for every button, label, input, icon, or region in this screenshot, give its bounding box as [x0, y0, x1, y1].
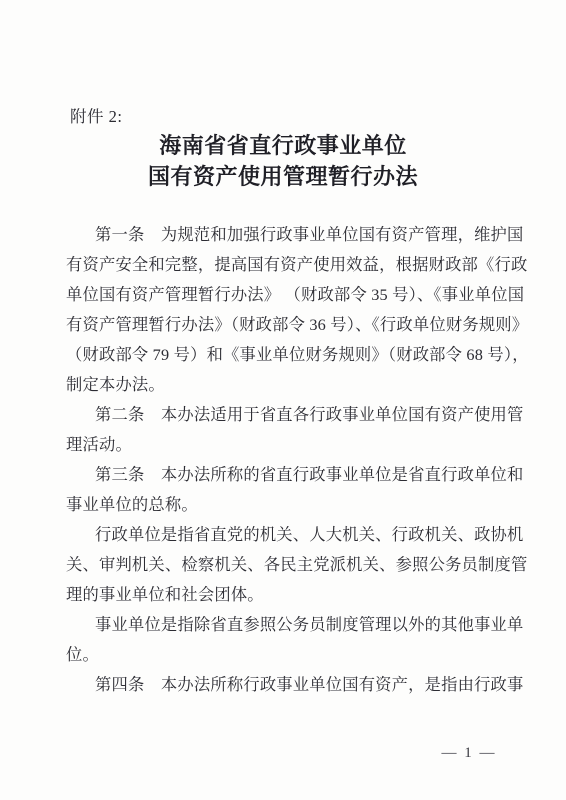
- document-line: 事业单位是指除省直参照公务员制度管理以外的其他事业单: [66, 610, 538, 640]
- document-line: 理活动。: [66, 430, 538, 460]
- document-body: 第一条 为规范和加强行政事业单位国有资产管理，维护国有资产安全和完整，提高国有资…: [66, 220, 538, 700]
- document-line: 行政单位是指省直党的机关、人大机关、行政机关、政协机: [66, 520, 538, 550]
- document-title: 海南省省直行政事业单位 国有资产使用管理暂行办法: [0, 130, 566, 192]
- document-line: 关、审判机关、检察机关、各民主党派机关、参照公务员制度管: [66, 550, 538, 580]
- document-line: 第四条 本办法所称行政事业单位国有资产，是指由行政事: [66, 670, 538, 700]
- document-title-line2: 国有资产使用管理暂行办法: [0, 161, 566, 192]
- document-line: 位。: [66, 640, 538, 670]
- document-line: 第二条 本办法适用于省直各行政事业单位国有资产使用管: [66, 400, 538, 430]
- document-line: 第一条 为规范和加强行政事业单位国有资产管理，维护国: [66, 220, 538, 250]
- document-line: 有资产安全和完整，提高国有资产使用效益，根据财政部《行政: [66, 250, 538, 280]
- page-number: — 1 —: [409, 745, 529, 762]
- document-line: （财政部令 79 号）和《事业单位财务规则》（财政部令 68 号），: [66, 340, 538, 370]
- document-line: 理的事业单位和社会团体。: [66, 580, 538, 610]
- document-page: 附件 2: 海南省省直行政事业单位 国有资产使用管理暂行办法 第一条 为规范和加…: [0, 0, 566, 800]
- document-line: 单位国有资产管理暂行办法》 （财政部令 35 号）、《事业单位国: [66, 280, 538, 310]
- document-title-line1: 海南省省直行政事业单位: [0, 130, 566, 161]
- document-line: 事业单位的总称。: [66, 490, 538, 520]
- document-line: 第三条 本办法所称的省直行政事业单位是省直行政单位和: [66, 460, 538, 490]
- attachment-label: 附件 2:: [70, 103, 122, 127]
- document-line: 制定本办法。: [66, 370, 538, 400]
- document-line: 有资产管理暂行办法》（财政部令 36 号）、《行政单位财务规则》: [66, 310, 538, 340]
